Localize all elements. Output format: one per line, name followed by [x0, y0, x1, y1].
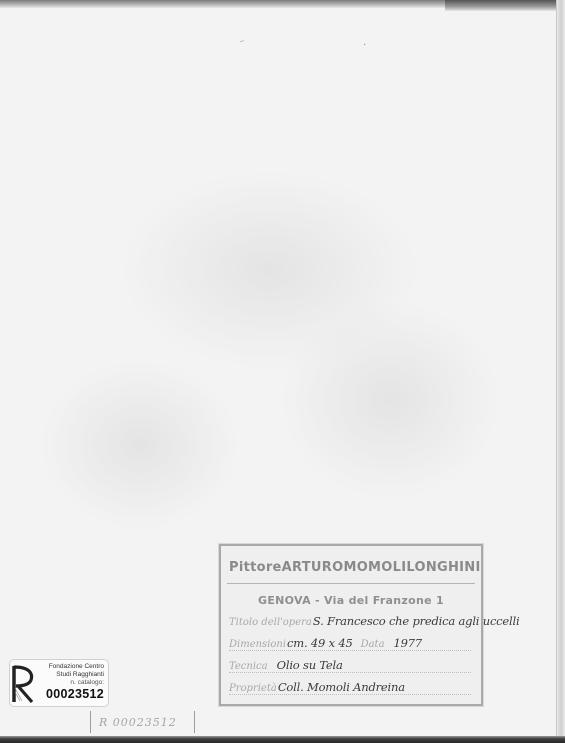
field-technique-value: Olio su Tela: [277, 658, 343, 672]
scan-right-edge: [556, 0, 565, 743]
pencil-catalog-note: R 00023512: [90, 711, 195, 733]
field-technique: Tecnica Olio su Tela: [229, 654, 471, 673]
stamp-org-line2: Studi Ragghianti: [46, 671, 104, 679]
field-title-value: S. Francesco che predica agli uccelli: [313, 614, 520, 628]
field-dimensions-value: cm. 49 x 45: [287, 636, 353, 650]
field-title: Titolo dell'opera S. Francesco che predi…: [229, 610, 527, 628]
scan-bottom-edge: [0, 736, 565, 743]
catalog-number-label: n. catalogo:: [46, 679, 104, 687]
artist-last-name: LONGHINI: [406, 560, 480, 575]
scan-top-edge-shadow: [445, 0, 565, 11]
field-ownership: Proprietà Coll. Momoli Andreina: [229, 676, 471, 695]
artist-label: Pittore ARTURO MOMOLI LONGHINI GENOVA - …: [219, 544, 483, 706]
field-dimensions-label: Dimensioni: [229, 639, 286, 650]
artist-first-name: ARTURO: [282, 560, 344, 575]
label-header: Pittore ARTURO MOMOLI LONGHINI: [227, 552, 475, 584]
ragghianti-logo-icon: [12, 664, 34, 704]
artist-middle-name: MOMOLI: [343, 560, 406, 575]
show-through-shade: [40, 360, 240, 530]
catalog-number: 00023512: [46, 687, 104, 702]
catalog-stamp: Fondazione Centro Studi Ragghianti n. ca…: [10, 660, 108, 706]
pencil-mark: ⁻: [239, 38, 247, 50]
pencil-mark: ·: [363, 40, 366, 51]
stamp-text: Fondazione Centro Studi Ragghianti n. ca…: [46, 663, 104, 702]
photo-back-page: ⁻ · Pittore ARTURO MOMOLI LONGHINI GENOV…: [0, 0, 565, 743]
field-date-label: Data: [361, 639, 385, 650]
stamp-org-line1: Fondazione Centro: [46, 663, 104, 671]
show-through-shade: [280, 300, 500, 500]
field-ownership-label: Proprietà: [229, 683, 277, 694]
field-ownership-value: Coll. Momoli Andreina: [278, 680, 405, 694]
field-technique-label: Tecnica: [229, 661, 268, 672]
label-prefix: Pittore: [229, 560, 282, 575]
field-title-label: Titolo dell'opera: [229, 617, 312, 628]
field-date-value: 1977: [394, 636, 422, 650]
field-dimensions: Dimensioni cm. 49 x 45 Data 1977: [229, 632, 471, 651]
label-address: GENOVA - Via del Franzone 1: [221, 594, 481, 607]
